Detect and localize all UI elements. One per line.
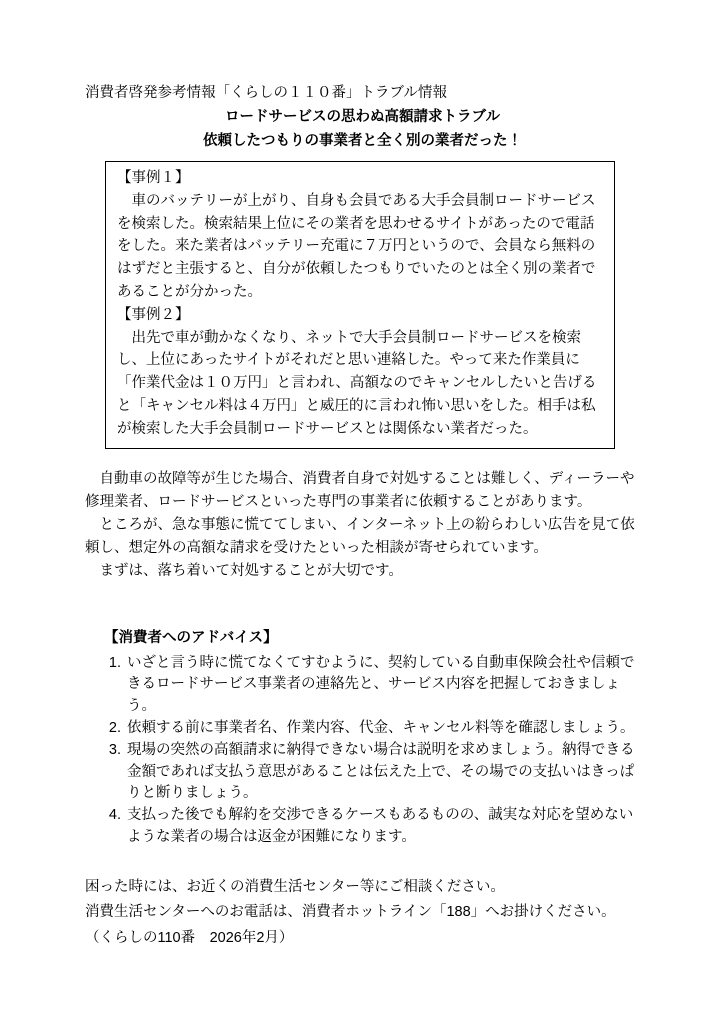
advice-item: 支払った後でも解約を交渉できるケースもあるものの、誠実な対応を望めないような業者… — [125, 805, 640, 849]
case1-body: 車のバッテリーが上がり、自身も会員である大手会員制ロードサービスを検索した。検索… — [117, 190, 604, 304]
advice-item: 依頼する前に事業者名、作業内容、代金、キャンセル料等を確認しましょう。 — [125, 718, 640, 740]
contact-line: 困った時には、お近くの消費生活センター等にご相談ください。 — [85, 875, 640, 901]
case-examples-box: 【事例１】 車のバッテリーが上がり、自身も会員である大手会員制ロードサービスを検… — [105, 161, 615, 449]
advice-item: いざと言う時に慌てなくてすむように、契約している自動車保険会社や信頼できるロード… — [125, 653, 640, 718]
case2-body: 出先で車が動かなくなり、ネットで大手会員制ロードサービスを検索し、上位にあったサ… — [117, 327, 604, 441]
doc-title: ロードサービスの思わぬ高額請求トラブル — [85, 105, 640, 129]
doc-info-line: 消費者啓発参考情報「くらしの１１０番」トラブル情報 — [85, 81, 640, 105]
summary-paragraph: 自動車の故障等が生じた場合、消費者自身で対処することは難しく、ディーラーや修理業… — [85, 468, 640, 514]
doc-footer: 困った時には、お近くの消費生活センター等にご相談ください。 消費生活センターへの… — [85, 875, 640, 952]
case2-heading: 【事例２】 — [117, 304, 604, 327]
summary-paragraphs: 自動車の故障等が生じた場合、消費者自身で対処することは難しく、ディーラーや修理業… — [85, 468, 640, 583]
hotline-line: 消費生活センターへのお電話は、消費者ホットライン「188」へお掛けください。 — [85, 900, 640, 926]
advice-heading: 【消費者へのアドバイス】 — [104, 627, 640, 650]
advice-item: 現場の突然の高額請求に納得できない場合は説明を求めましょう。納得できる金額であれ… — [125, 740, 640, 805]
doc-subtitle: 依頼したつもりの事業者と全く別の業者だった！ — [85, 129, 640, 153]
summary-paragraph: ところが、急な事態に慌ててしまい、インターネット上の紛らわしい広告を見て依頼し、… — [85, 514, 640, 560]
document-page: 消費者啓発参考情報「くらしの１１０番」トラブル情報 ロードサービスの思わぬ高額請… — [0, 0, 724, 1024]
advice-list: いざと言う時に慌てなくてすむように、契約している自動車保険会社や信頼できるロード… — [85, 653, 640, 849]
advice-section: 【消費者へのアドバイス】 いざと言う時に慌てなくてすむように、契約している自動車… — [85, 627, 640, 849]
summary-paragraph: まずは、落ち着いて対処することが大切です。 — [85, 560, 640, 583]
doc-header: 消費者啓発参考情報「くらしの１１０番」トラブル情報 ロードサービスの思わぬ高額請… — [85, 81, 640, 153]
publication-line: （くらしの110番 2026年2月） — [85, 926, 640, 952]
case1-heading: 【事例１】 — [117, 167, 604, 190]
